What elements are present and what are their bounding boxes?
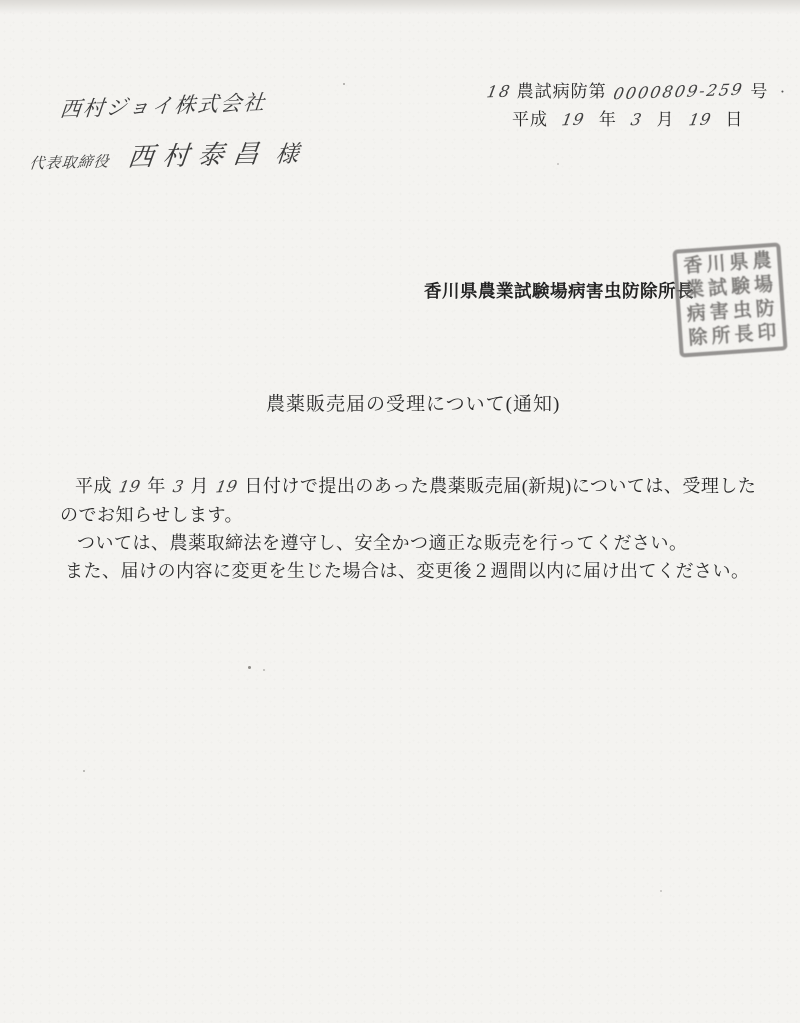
subject-title: 農薬販売届の受理について(通知) — [266, 389, 560, 416]
date-day-unit: 日 — [725, 110, 743, 129]
body-text: 平成19年3月19日付けで提出のあった農薬販売届(新規)については、受理したので… — [60, 472, 768, 585]
body-paragraph-3: また、届けの内容に変更を生じた場合は、変更後２週間以内に届け出てください。 — [60, 557, 768, 585]
document-number-line: 18 農試病防第 0000809-259 号 · — [487, 77, 786, 102]
body-paragraph-2: ついては、農薬取締法を遵守し、安全かつ適正な販売を行ってください。 — [60, 529, 768, 557]
scan-speck — [248, 666, 251, 669]
scan-dot-mark: · — [780, 82, 787, 101]
addressee-name-handwritten: 西村泰昌 — [126, 139, 269, 172]
addressee-person-line: 代表取締役 西村泰昌 様 — [28, 132, 301, 176]
p1-month-unit: 月 — [191, 476, 210, 496]
date-month-unit: 月 — [657, 110, 675, 129]
scan-speck — [557, 163, 559, 165]
p1-year-handwritten: 19 — [116, 473, 142, 502]
addressee-honorific-handwritten: 様 — [274, 141, 300, 167]
scan-speck — [660, 890, 662, 892]
scan-speck — [83, 770, 85, 772]
addressee-company-handwritten: 西村ジョイ株式会社 — [58, 86, 268, 123]
p1-lead: 平成 — [75, 476, 112, 496]
scan-speck — [343, 83, 345, 85]
doc-number-value-handwritten: 0000809-259 — [612, 80, 745, 103]
date-line: 平成 19 年 3 月 19 日 — [512, 105, 743, 130]
date-day-handwritten: 19 — [687, 110, 713, 130]
scan-speck — [263, 669, 265, 671]
p1-month-handwritten: 3 — [170, 473, 186, 501]
seal-row-4: 除所長印 — [684, 322, 781, 351]
doc-number-unit: 号 — [750, 82, 768, 101]
p1-rest: 日付けで提出のあった農薬販売届(新規)については、受理した — [244, 476, 756, 496]
p1-year-unit: 年 — [147, 476, 166, 496]
date-era: 平成 — [512, 110, 548, 129]
addressee-role-handwritten: 代表取締役 — [28, 154, 110, 172]
body-paragraph-1: 平成19年3月19日付けで提出のあった農薬販売届(新規)については、受理したので… — [60, 472, 768, 529]
official-seal-stamp: 香川県農 業試験場 病害虫防 除所長印 — [672, 242, 787, 357]
date-year-unit: 年 — [599, 110, 617, 129]
date-month-handwritten: 3 — [629, 110, 644, 129]
scan-edge-shadow — [0, 0, 800, 14]
p1-line2: のでお知らせします。 — [60, 505, 243, 525]
date-year-handwritten: 19 — [560, 110, 586, 130]
doc-number-label: 農試病防第 — [517, 82, 607, 101]
scanned-letter-page: 18 農試病防第 0000809-259 号 · 平成 19 年 3 月 19 … — [0, 0, 800, 1023]
p1-day-handwritten: 19 — [213, 473, 239, 502]
doc-number-fiscal-year-handwritten: 18 — [485, 82, 513, 102]
sender-title: 香川県農業試験場病害虫防除所長 — [424, 278, 694, 303]
